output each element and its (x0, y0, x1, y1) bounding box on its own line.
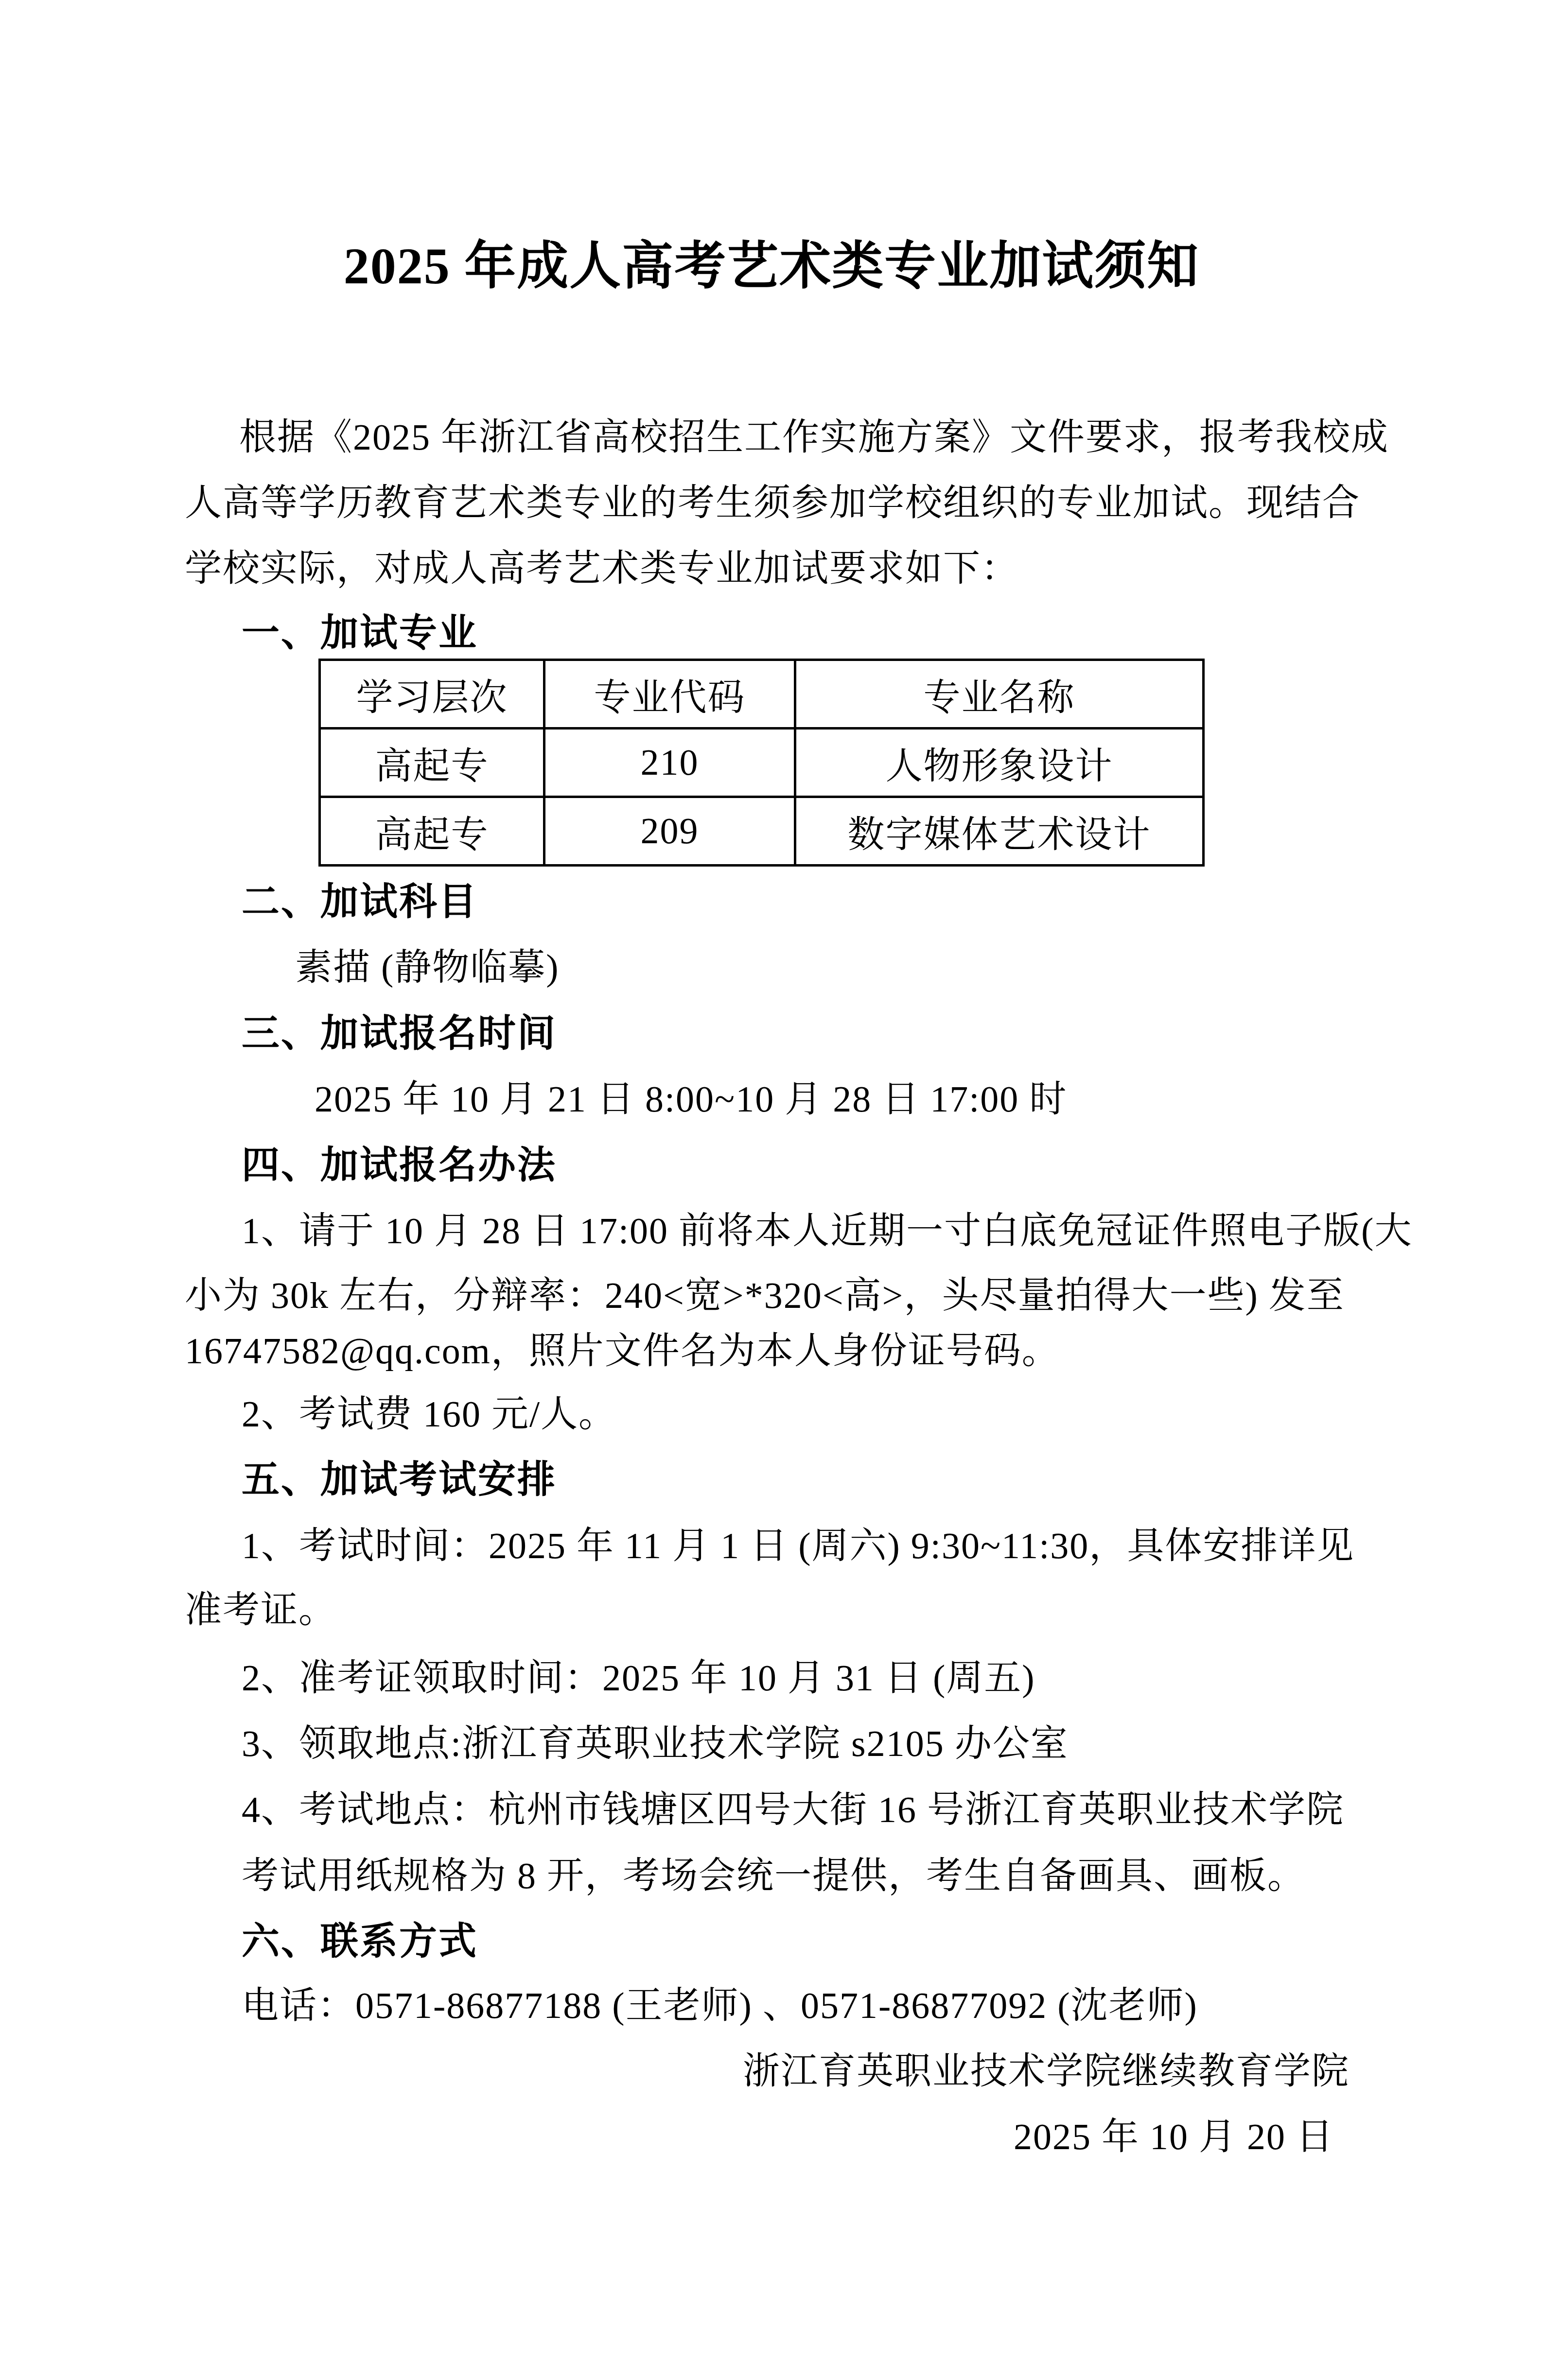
document-page: 2025 年成人高考艺术类专业加试须知 根据《2025 年浙江省高校招生工作实施… (0, 0, 1543, 2380)
table-row: 高起专 210 人物形象设计 (320, 729, 1204, 797)
section-5-item-1-line-1: 1、考试时间：2025 年 11 月 1 日 (周六) 9:30~11:30，具… (242, 1513, 1354, 1579)
table-cell-code: 210 (544, 729, 795, 797)
section-6-heading: 六、联系方式 (242, 1909, 478, 1975)
section-4-heading: 四、加试报名办法 (242, 1132, 557, 1199)
table-cell-level: 高起专 (320, 797, 544, 866)
section-5-heading: 五、加试考试安排 (242, 1447, 557, 1513)
table-cell-major: 数字媒体艺术设计 (795, 797, 1204, 866)
section-5-item-1-line-2: 准考证。 (185, 1577, 336, 1643)
section-4-item-1-line-1: 1、请于 10 月 28 日 17:00 前将本人近期一寸白底免冠证件照电子版(… (242, 1198, 1412, 1264)
section-5-item-3: 3、领取地点:浙江育英职业技术学院 s2105 办公室 (242, 1711, 1069, 1777)
section-3-heading: 三、加试报名时间 (242, 1001, 557, 1067)
table-header-level: 学习层次 (320, 660, 544, 729)
footer-organization: 浙江育英职业技术学院继续教育学院 (743, 2038, 1350, 2104)
table-cell-code: 209 (544, 797, 795, 866)
section-5-item-2: 2、准考证领取时间：2025 年 10 月 31 日 (周五) (242, 1645, 1035, 1711)
table-header-row: 学习层次 专业代码 专业名称 (320, 660, 1204, 729)
section-1-heading: 一、加试专业 (242, 600, 478, 666)
table-header-major: 专业名称 (795, 660, 1204, 729)
section-3-body: 2025 年 10 月 21 日 8:00~10 月 28 日 17:00 时 (315, 1066, 1067, 1132)
section-5-item-4-line-1: 4、考试地点：杭州市钱塘区四号大街 16 号浙江育英职业技术学院 (242, 1777, 1344, 1843)
intro-line-1: 根据《2025 年浙江省高校招生工作实施方案》文件要求，报考我校成 (239, 404, 1389, 470)
section-2-body: 素描 (静物临摹) (295, 935, 560, 1001)
table-row: 高起专 209 数字媒体艺术设计 (320, 797, 1204, 866)
table-cell-major: 人物形象设计 (795, 729, 1204, 797)
test-majors-table: 学习层次 专业代码 专业名称 高起专 210 人物形象设计 高起专 209 数字… (318, 659, 1205, 867)
section-5-item-4-line-2: 考试用纸规格为 8 开，考场会统一提供，考生自备画具、画板。 (242, 1843, 1305, 1909)
document-title: 2025 年成人高考艺术类专业加试须知 (0, 228, 1543, 304)
section-4-item-1-line-3: 16747582@qq.com，照片文件名为本人身份证号码。 (185, 1318, 1060, 1384)
intro-line-2: 人高等学历教育艺术类专业的考生须参加学校组织的专业加试。现结合 (185, 470, 1360, 536)
intro-line-3: 学校实际，对成人高考艺术类专业加试要求如下： (185, 536, 1019, 602)
contact-phone-line: 电话：0571-86877188 (王老师) 、0571-86877092 (沈… (242, 1973, 1198, 2039)
table-cell-level: 高起专 (320, 729, 544, 797)
section-4-item-2: 2、考试费 160 元/人。 (242, 1381, 616, 1447)
table-header-code: 专业代码 (544, 660, 795, 729)
section-2-heading: 二、加试科目 (242, 869, 478, 935)
footer-date: 2025 年 10 月 20 日 (1014, 2104, 1334, 2170)
